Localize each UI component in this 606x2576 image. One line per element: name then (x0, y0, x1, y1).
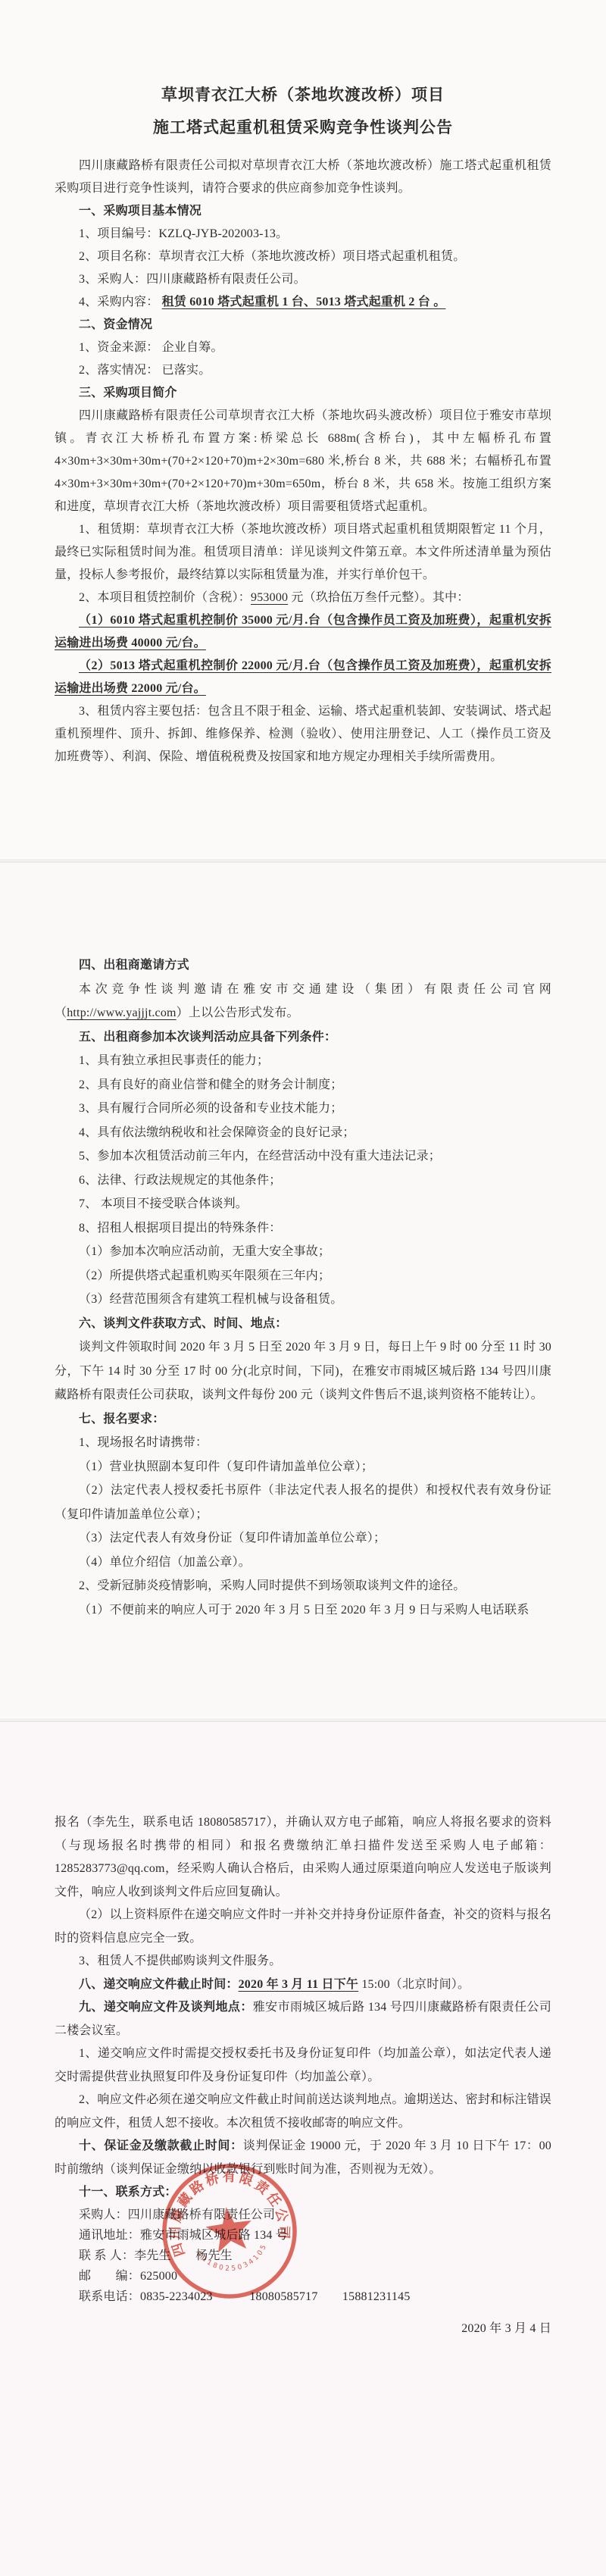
paragraph: 7、 本项目不接受联合体谈判。 (55, 1192, 551, 1216)
paragraph: 报名（李先生，联系电话 18080585717），并确认双方电子邮箱，响应人将报… (55, 1811, 551, 1904)
contact-line: 采购人：四川康藏路桥有限责任公司 (55, 2205, 551, 2225)
paragraph: 1、现场报名时请携带： (55, 1431, 551, 1455)
paragraph: 1、租赁期：草坝青衣江大桥（茶地坎渡改桥）项目塔式起重机租赁期限暂定 11 个月… (55, 518, 551, 587)
paragraph: 5、参加本次租赁活动前三年内，在经营活动中没有重大违法记录； (55, 1144, 551, 1169)
section-heading: 二、资金情况 (55, 314, 551, 336)
document-date: 2020 年 3 月 4 日 (55, 2318, 551, 2341)
paragraph: （2）法定代表人授权委托书原件（非法定代表人报名的提供）和授权代表有效身份证（复… (55, 1479, 551, 1526)
paragraph: 本次竞争性谈判邀请在雅安市交通建设（集团）有限责任公司官网（http://www… (55, 978, 551, 1025)
paragraph: （2）以上资料原件在递交响应文件时一并补交并持身份证原件备查，补交的资料与报名时… (55, 1904, 551, 1950)
page-2-body: 四、出租商邀请方式本次竞争性谈判邀请在雅安市交通建设（集团）有限责任公司官网（h… (0, 862, 606, 1622)
paragraph: 2、落实情况： 已落实。 (55, 359, 551, 382)
section-heading: 三、采购项目简介 (55, 382, 551, 405)
contact-line: 通讯地址：雅安市雨城区城后路 134 号 (55, 2225, 551, 2246)
section-heading: 六、谈判文件获取方式、时间、地点： (55, 1312, 551, 1336)
paragraph: 4、具有依法缴纳税收和社会保障资金的良好记录； (55, 1121, 551, 1145)
page-1: 草坝青衣江大桥（茶地坎渡改桥）项目施工塔式起重机租赁采购竞争性谈判公告四川康藏路… (0, 0, 606, 858)
paragraph: 十、保证金及缴款截止时间：谈判保证金 19000 元，于 2020 年 3 月 … (55, 2135, 551, 2181)
paragraph: 2、项目名称：草坝青衣江大桥（茶地坎渡改桥）项目塔式起重机租赁。 (55, 246, 551, 268)
tender-announcement-document: 草坝青衣江大桥（茶地坎渡改桥）项目施工塔式起重机租赁采购竞争性谈判公告四川康藏路… (0, 0, 606, 2576)
paragraph: 谈判文件领取时间 2020 年 3 月 5 日至 2020 年 3 月 9 日，… (55, 1335, 551, 1407)
paragraph: 2、具有良好的商业信誉和健全的财务会计制度； (55, 1073, 551, 1097)
contact-line: 联 系 人：李先生 杨先生 (55, 2246, 551, 2266)
paragraph: （1）6010 塔式起重机控制价 35000 元/月.台（包含操作员工资及加班费… (55, 609, 551, 655)
paragraph: （2）5013 塔式起重机控制价 22000 元/月.台（包含操作员工资及加班费… (55, 655, 551, 700)
paragraph: 3、采购人：四川康藏路桥有限责任公司。 (55, 268, 551, 291)
document-title: 草坝青衣江大桥（茶地坎渡改桥）项目 (55, 79, 551, 111)
section-heading: 七、报名要求： (55, 1407, 551, 1432)
paragraph: 1、资金来源： 企业自筹。 (55, 336, 551, 359)
paragraph: 1、递交响应文件时需提交授权委托书及身份证复印件（均加盖公章），如法定代表人递交… (55, 2042, 551, 2089)
page-3-body: 报名（李先生，联系电话 18080585717），并确认双方电子邮箱，响应人将报… (0, 1722, 606, 2340)
paragraph: （1）参加本次响应活动前，无重大安全事故； (55, 1240, 551, 1264)
contact-line: 邮 编：625000 (55, 2266, 551, 2286)
paragraph: 4、采购内容： 租赁 6010 塔式起重机 1 台、5013 塔式起重机 2 台… (55, 291, 551, 314)
document-title: 施工塔式起重机租赁采购竞争性谈判公告 (55, 111, 551, 144)
paragraph: （3）法定代表人有效身份证（复印件请加盖单位公章）； (55, 1526, 551, 1551)
paragraph: 2、响应文件必须在递交响应文件截止时间前送达谈判地点。逾期送达、密封和标注错误的… (55, 2089, 551, 2135)
paragraph: 3、具有履行合同所必须的设备和专业技术能力； (55, 1097, 551, 1121)
paragraph: （3）经营范围须含有建筑工程机械与设备租赁。 (55, 1288, 551, 1312)
paragraph: 四川康藏路桥有限责任公司拟对草坝青衣江大桥（茶地坎渡改桥）施工塔式起重机租赁采购… (55, 155, 551, 200)
page-1-body: 草坝青衣江大桥（茶地坎渡改桥）项目施工塔式起重机租赁采购竞争性谈判公告四川康藏路… (0, 0, 606, 768)
paragraph: （4）单位介绍信（加盖公章）。 (55, 1551, 551, 1575)
paragraph: 3、租赁内容主要包括：包含且不限于租金、运输、塔式起重机装卸、安装调试、塔式起重… (55, 700, 551, 768)
section-heading: 一、采购项目基本情况 (55, 200, 551, 223)
paragraph: 2、本项目租赁控制价（含税）：953000 元（玖拾伍万叁仟元整）。其中： (55, 587, 551, 609)
paragraph: （1）不便前来的响应人可于 2020 年 3 月 5 日至 2020 年 3 月… (55, 1598, 551, 1623)
paragraph: 八、递交响应文件截止时间：2020 年 3 月 11 日下午 15:00（北京时… (55, 1973, 551, 1997)
section-heading: 四、出租商邀请方式 (55, 953, 551, 978)
paragraph: 3、租赁人不提供邮购谈判文件服务。 (55, 1950, 551, 1973)
page-2: 四、出租商邀请方式本次竞争性谈判邀请在雅安市交通建设（集团）有限责任公司官网（h… (0, 862, 606, 1717)
paragraph: 2、受新冠肺炎疫情影响，采购人同时提供不到场领取谈判文件的途径。 (55, 1574, 551, 1598)
paragraph: 6、法律、行政法规规定的其他条件； (55, 1169, 551, 1193)
section-heading: 五、出租商参加本次谈判活动应具备下列条件： (55, 1025, 551, 1050)
section-heading: 十一、联系方式： (55, 2181, 551, 2205)
contact-line: 联系电话：0835-2234023 18080585717 1588123114… (55, 2286, 551, 2307)
paragraph: （1）营业执照副本复印件（复印件请加盖单位公章）； (55, 1455, 551, 1479)
paragraph: 8、招租人根据项目提出的特殊条件： (55, 1216, 551, 1241)
paragraph: 九、递交响应文件及谈判地点：雅安市雨城区城后路 134 号四川康藏路桥有限责任公… (55, 1996, 551, 2042)
paragraph: （2）所提供塔式起重机购买年限须在三年内； (55, 1264, 551, 1288)
page-3: 报名（李先生，联系电话 18080585717），并确认双方电子邮箱，响应人将报… (0, 1722, 606, 2576)
paragraph: 1、具有独立承担民事责任的能力； (55, 1049, 551, 1073)
paragraph: 1、项目编号：KZLQ-JYB-202003-13。 (55, 223, 551, 246)
paragraph: 四川康藏路桥有限责任公司草坝青衣江大桥（茶地坎码头渡改桥）项目位于雅安市草坝镇。… (55, 405, 551, 518)
